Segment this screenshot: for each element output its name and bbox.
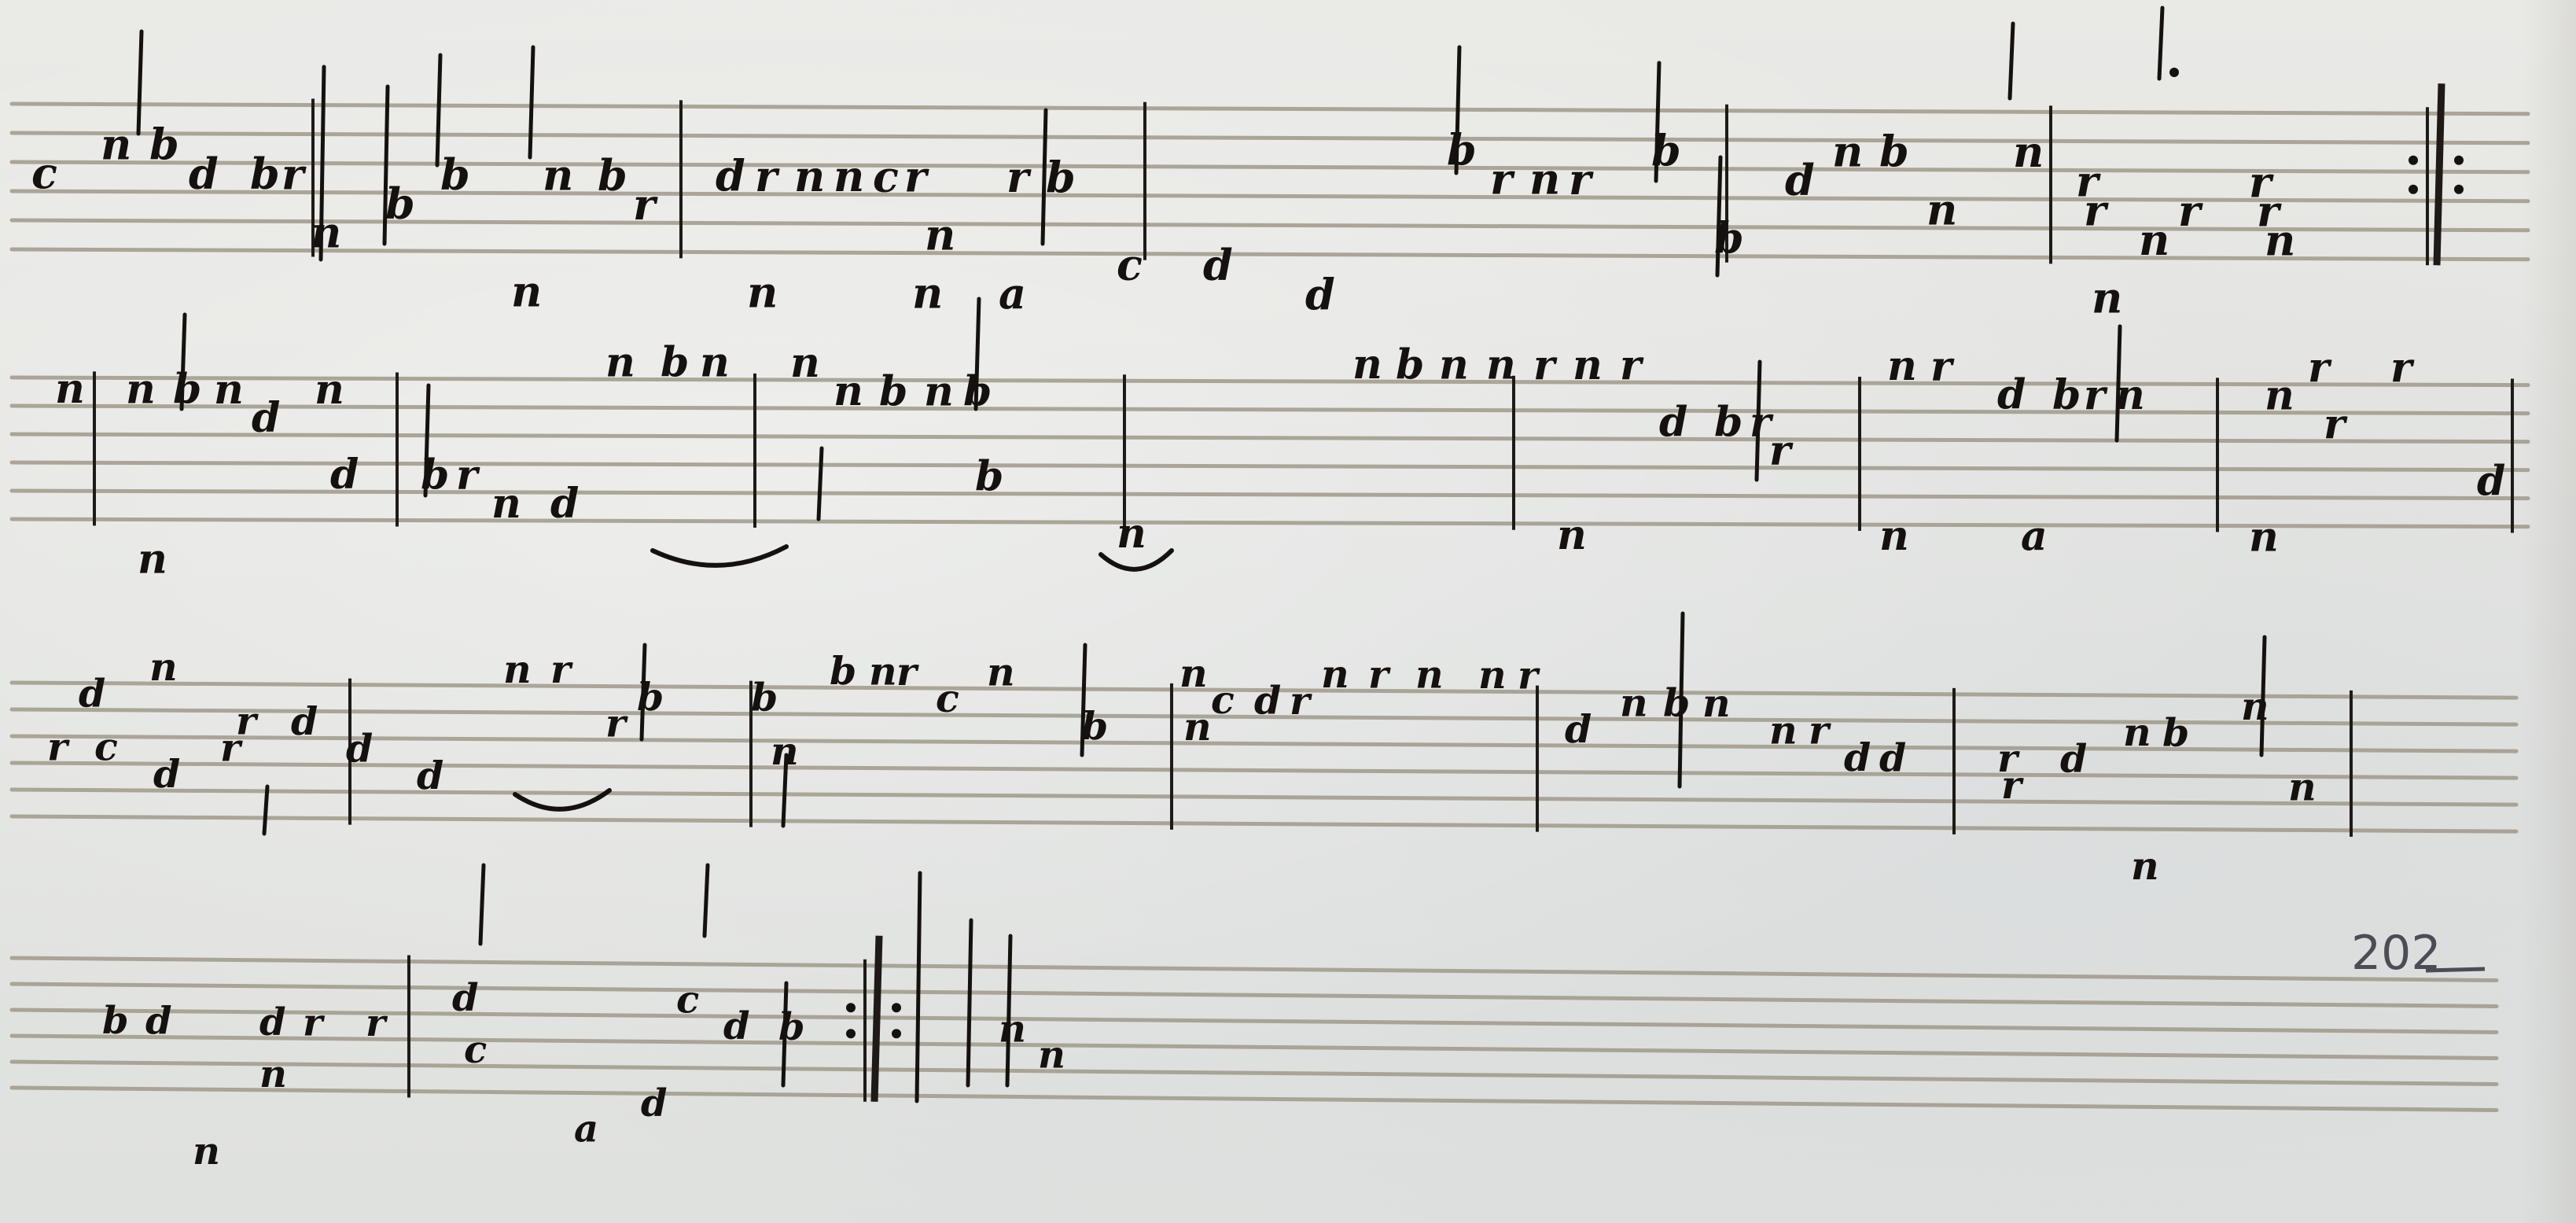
tablature-letter: r — [896, 649, 919, 694]
tablature-letter: d — [189, 149, 219, 199]
rhythm-stem — [1007, 936, 1010, 1085]
tablature-letter: n — [912, 268, 943, 319]
tablature-letter: d — [641, 1081, 668, 1125]
folio-number-text: 202 — [2351, 926, 2442, 981]
tablature-letter: d — [723, 1004, 750, 1048]
repeat-barline — [2437, 83, 2442, 265]
tablature-letter: r — [2390, 344, 2415, 392]
tablature-letter: d — [1844, 735, 1871, 780]
tablature-letter: r — [2324, 400, 2348, 448]
staff-line — [12, 133, 2528, 143]
dot — [2169, 68, 2179, 77]
repeat-dot — [846, 1003, 856, 1012]
tablature-letter: r — [904, 152, 929, 202]
repeat-barline — [874, 936, 879, 1102]
rhythm-stem — [917, 873, 920, 1101]
rhythm-stem — [138, 31, 142, 134]
tablature-letter: n — [794, 151, 825, 201]
staff-line — [12, 816, 2516, 831]
rhythm-stem — [1680, 613, 1683, 786]
tablature-letter: n — [834, 367, 863, 415]
tablature-letter: d — [252, 394, 280, 442]
tablature-letter: d — [1254, 677, 1281, 723]
tablature-letter: d — [2477, 457, 2505, 505]
tablature-letter: n — [2123, 709, 2151, 755]
tablature-letter: n — [925, 210, 955, 260]
rhythm-stem — [968, 920, 971, 1085]
tablature-letter: r — [2001, 762, 2024, 808]
tablature-letter: b — [250, 149, 280, 199]
tablature-letter: r — [1006, 152, 1032, 202]
rhythm-stem — [264, 786, 267, 834]
tablature-letter: r — [2084, 186, 2109, 236]
rhythm-stem — [530, 47, 533, 157]
tablature-letter: n — [700, 339, 730, 387]
tablature-letter: n — [1352, 341, 1382, 389]
staff-3: dnrcdrrdddnrrbbnbnrcnbnncdrnrnnrdnbnnrdd… — [12, 613, 2516, 889]
rhythm-stem — [1757, 362, 1760, 480]
tablature-letter: b — [385, 179, 415, 229]
staff-line — [12, 790, 2516, 805]
tablature-letter: b — [2052, 371, 2081, 419]
tablature-letter: r — [1518, 652, 1540, 698]
tablature-letter: r — [1290, 678, 1312, 724]
tablature-letter: n — [543, 150, 573, 201]
tablature-letter: n — [1117, 510, 1146, 558]
tablature-letter: d — [1785, 155, 1815, 205]
tablature-letter: n — [311, 208, 341, 258]
tablature-letter: r — [2308, 344, 2332, 392]
tablature-letter: n — [747, 267, 778, 318]
tablature-letter: r — [2178, 186, 2203, 236]
tablature-letter: b — [1879, 127, 1909, 177]
tablature-letter: c — [31, 148, 57, 198]
repeat-dot — [2409, 156, 2418, 165]
tablature-letter: b — [830, 648, 856, 694]
tablature-letter: d — [259, 1000, 286, 1044]
tablature-letter: n — [138, 535, 167, 583]
tablature-letter: n — [2288, 764, 2317, 809]
tablature-letter: b — [975, 453, 1003, 501]
tablature-letter: r — [2084, 371, 2108, 419]
rhythm-stem — [437, 55, 440, 165]
tablature-letter: r — [1930, 342, 1955, 390]
tablature-letter: b — [1046, 152, 1076, 202]
staff-2: nnbndnndbrndnbnnnbnbbnnbnnrnrndbrrnrdbrn… — [12, 299, 2528, 583]
tablature-letter: n — [1439, 341, 1469, 389]
rhythm-stem — [2117, 326, 2120, 440]
tablature-letter: r — [456, 451, 480, 499]
rhythm-stem — [480, 865, 484, 944]
tablature-letter: n — [2092, 273, 2122, 323]
tablature-letter: n — [987, 649, 1015, 694]
tablature-letter: n — [101, 119, 131, 169]
tablature-letter: n — [1415, 652, 1444, 698]
tablature-letter: n — [1038, 1033, 1065, 1077]
tablature-letter: r — [1809, 708, 1831, 753]
tablature-letter: n — [2265, 372, 2294, 420]
tablature-letter: d — [1879, 735, 1906, 780]
staff-line — [12, 434, 2528, 442]
tablature-letter: n — [1183, 704, 1212, 750]
tablature-letter: n — [2139, 215, 2169, 265]
tablature-letter: d — [1997, 371, 2026, 419]
staff-line — [12, 378, 2528, 385]
tablature-letter: n — [1557, 511, 1587, 559]
tablature-letter: n — [605, 338, 635, 386]
tablature-letter: b — [751, 675, 778, 720]
tablature-letter: d — [346, 726, 373, 772]
staves-group: cnbdbrnbbnbrndrnncnrnnrbacddbrnrbbdnbnnr… — [12, 8, 2528, 1173]
tablature-letter: d — [291, 698, 318, 744]
tablature-letter: a — [999, 268, 1026, 319]
tablature-letter: n — [1321, 651, 1349, 697]
tablature-letter: n — [1769, 707, 1798, 753]
tablature-letter: c — [1117, 240, 1143, 290]
tablature-letter: c — [464, 1028, 487, 1072]
tablature-letter: b — [1081, 703, 1108, 749]
rhythm-stem — [705, 865, 708, 936]
tablature-letter: d — [1565, 706, 1592, 752]
tablature-letter: r — [1490, 154, 1515, 204]
tablature-letter: r — [1569, 154, 1594, 204]
tablature-letter: n — [869, 649, 897, 694]
staff-line — [12, 763, 2516, 778]
tablature-letter: c — [1211, 677, 1235, 723]
tablature-letter: r — [236, 698, 259, 744]
staff-1: cnbdbrnbbnbrndrnncnrnnrbacddbrnrbbdnbnnr… — [12, 8, 2528, 323]
tablature-letter: r — [605, 701, 628, 746]
tablature-letter: n — [2131, 843, 2159, 889]
tablature-letter: n — [259, 1052, 287, 1096]
staff-line — [12, 162, 2528, 172]
tablature-letter: n — [1179, 650, 1208, 696]
tablature-letter: n — [511, 267, 542, 317]
tablature-letter: n — [2013, 127, 2044, 177]
rhythm-stem — [2159, 8, 2162, 79]
folio-number: 202 — [2351, 926, 2485, 981]
tablature-letter: d — [417, 753, 443, 798]
staff-line — [12, 519, 2528, 527]
tablature-letter: b — [598, 150, 627, 201]
repeat-dot — [2454, 185, 2464, 194]
rhythm-stem — [819, 448, 822, 519]
tablature-letter: d — [1305, 270, 1335, 320]
tablature-letter: a — [574, 1107, 598, 1151]
staff-line — [12, 958, 2497, 980]
tablature-letter: d — [145, 1000, 172, 1044]
tablature-letter: c — [94, 724, 118, 770]
tablature-score: cnbdbrnbbnbrndrnncnrnnrbacddbrnrbbdnbnnr… — [0, 0, 2576, 1223]
tablature-letter: d — [79, 671, 105, 716]
tablature-letter: r — [550, 646, 573, 692]
tablature-letter: n — [315, 366, 344, 414]
tablature-letter: b — [102, 999, 129, 1043]
tablature-letter: d — [2060, 736, 2087, 782]
tablature-letter: n — [1573, 341, 1603, 389]
folio-underline — [2426, 969, 2485, 971]
tablature-letter: r — [1769, 427, 1794, 475]
tablature-letter: b — [2162, 709, 2189, 755]
tablature-letter: r — [755, 151, 780, 201]
tablature-letter: r — [1533, 341, 1558, 389]
tablature-letter: n — [491, 480, 521, 528]
tablature-letter: b — [1714, 398, 1742, 446]
tablature-letter: n — [193, 1129, 220, 1173]
tablature-letter: r — [633, 179, 658, 230]
tablature-letter: b — [1447, 124, 1477, 175]
tablature-letter: d — [1203, 240, 1233, 290]
tablature-letter: c — [873, 151, 899, 201]
tablature-letter: c — [676, 978, 699, 1022]
manuscript-page: cnbdbrnbbnbrndrnncnrnnrbacddbrnrbbdnbnnr… — [0, 0, 2576, 1223]
rhythm-stem — [2261, 637, 2265, 755]
tablature-letter: n — [1620, 680, 1648, 725]
tablature-letter: r — [1368, 651, 1391, 697]
tablature-letter: n — [1879, 512, 1909, 560]
tablature-letter: r — [303, 1000, 326, 1044]
tablature-letter: r — [282, 149, 307, 199]
tablature-letter: c — [936, 676, 959, 721]
tablature-letter: d — [153, 751, 180, 797]
tablature-letter: n — [834, 151, 864, 201]
tablature-letter: n — [2249, 514, 2279, 562]
tablature-letter: n — [2265, 215, 2295, 265]
tablature-letter: a — [2021, 513, 2048, 561]
rhythm-stem — [2010, 24, 2013, 98]
repeat-dot — [2409, 185, 2418, 194]
tablature-letter: b — [1396, 341, 1424, 389]
tablature-letter: b — [879, 367, 907, 415]
tablature-letter: b — [440, 149, 470, 200]
tablature-letter: n — [149, 644, 178, 690]
tablature-letter: r — [366, 1001, 388, 1045]
tablature-letter: b — [661, 338, 689, 386]
tablature-letter: d — [1659, 398, 1687, 446]
tablature-letter: n — [503, 646, 532, 692]
tablature-letter: n — [126, 365, 156, 413]
tablature-letter: d — [452, 976, 479, 1020]
tablature-letter: b — [173, 366, 201, 414]
tablature-letter: n — [999, 1007, 1026, 1051]
tablature-letter: n — [1926, 185, 1957, 235]
tablature-letter: d — [330, 451, 359, 499]
staff-line — [12, 462, 2528, 470]
repeat-dot — [892, 1029, 901, 1038]
tablature-letter: n — [924, 367, 954, 415]
tablature-letter: n — [1529, 154, 1560, 204]
tablature-letter: b — [778, 1005, 805, 1049]
tablature-letter: b — [1663, 680, 1690, 726]
tablature-letter: n — [55, 365, 85, 413]
staff-line — [12, 491, 2528, 499]
tablature-letter: b — [149, 120, 179, 170]
staff-line — [12, 406, 2528, 414]
staff-4: bddrnnrdcadcdbnn — [12, 865, 2497, 1173]
tablature-letter: n — [214, 366, 244, 414]
tablature-letter: n — [1887, 342, 1917, 390]
staff-line — [12, 1062, 2497, 1084]
tablature-letter: n — [1486, 341, 1516, 389]
tablature-letter: r — [1620, 341, 1644, 389]
staff-line — [12, 1088, 2497, 1110]
repeat-dot — [2454, 156, 2464, 165]
rhythm-stem — [642, 645, 645, 739]
tablature-letter: n — [1478, 652, 1507, 698]
repeat-dot — [846, 1029, 856, 1038]
tablature-letter: d — [716, 151, 745, 201]
tablature-letter: d — [550, 480, 579, 528]
tablature-letter: r — [47, 724, 70, 769]
repeat-dot — [892, 1003, 901, 1012]
tablature-letter: n — [790, 339, 820, 387]
slur-mark — [653, 547, 786, 565]
tablature-letter: n — [1702, 680, 1731, 726]
tablature-letter: n — [1832, 126, 1863, 176]
